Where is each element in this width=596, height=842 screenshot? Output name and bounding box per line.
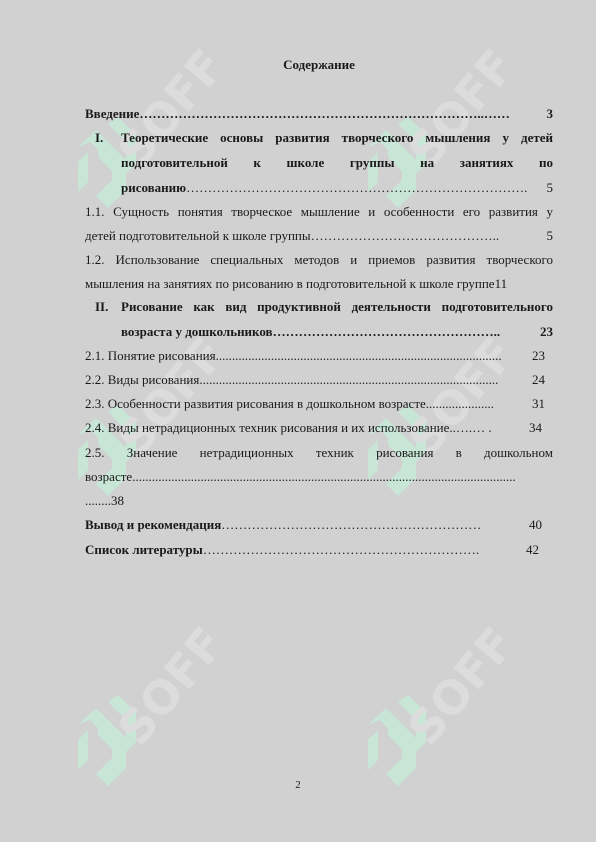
page-number: 2 — [0, 779, 596, 791]
svg-text:SOFF: SOFF — [107, 620, 235, 755]
toc-entry-conclusion[interactable]: Вывод и рекомендация …………………………………………………… — [85, 517, 542, 533]
page-title: Содержание — [85, 57, 553, 73]
toc-entry-references[interactable]: Список литературы ……………………………………………………….… — [85, 542, 539, 558]
toc-entry-2-4[interactable]: 2.4. Виды нетрадиционных техник рисовани… — [85, 420, 542, 436]
toc-entry-2-2[interactable]: 2.2. Виды рисования ....................… — [85, 372, 545, 388]
toc-entry-intro[interactable]: Введение ……………………………………………………………………..…… … — [85, 106, 553, 122]
toc-entry-2-3[interactable]: 2.3. Особенности развития рисования в до… — [85, 396, 545, 412]
chapter-numeral: I. — [95, 130, 103, 146]
chapter-numeral: II. — [95, 299, 108, 315]
watermark-logo: SOFF — [368, 620, 538, 795]
svg-text:SOFF: SOFF — [397, 620, 525, 755]
toc-entry-2-1[interactable]: 2.1. Понятие рисования .................… — [85, 348, 545, 364]
watermark-logo: SOFF — [78, 620, 248, 795]
